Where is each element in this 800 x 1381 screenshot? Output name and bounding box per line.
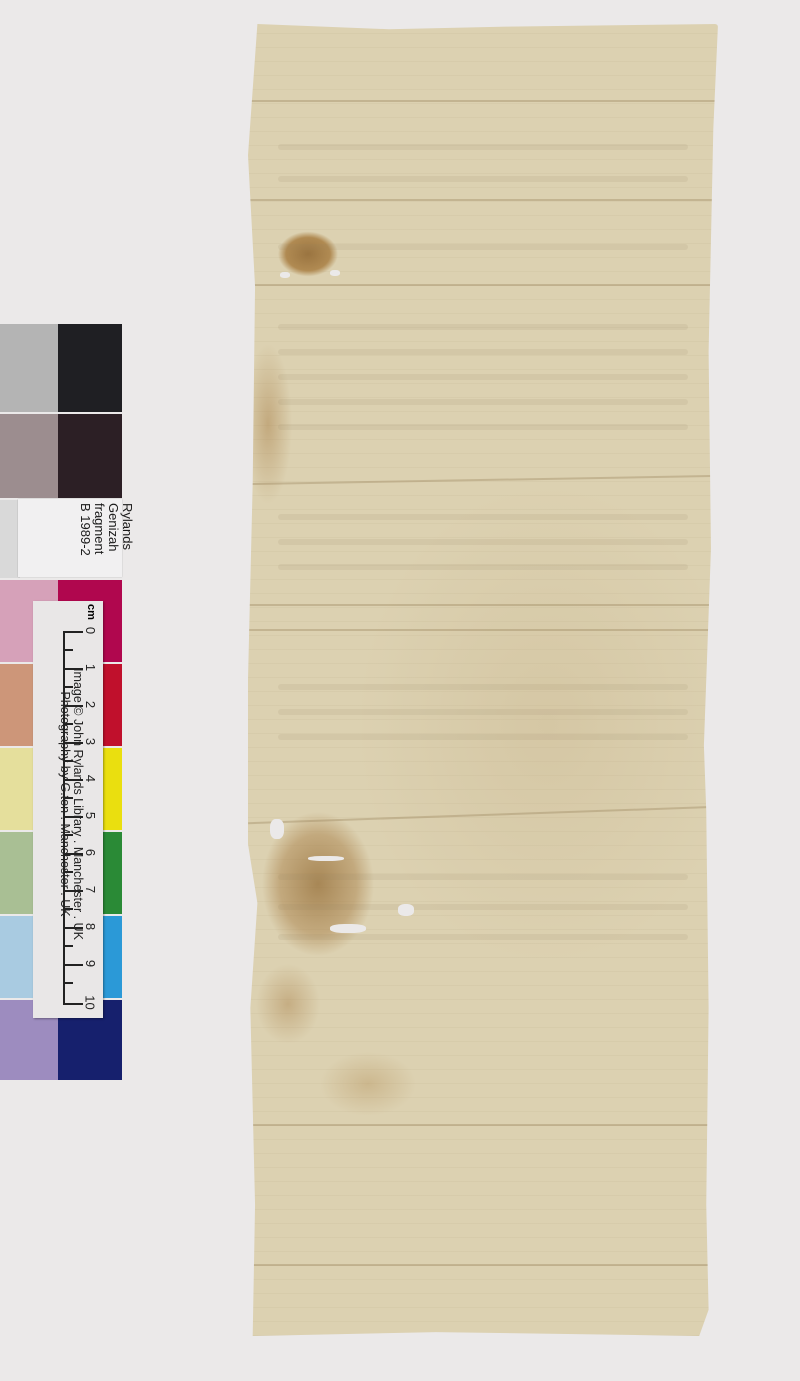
tick-label: 3 bbox=[83, 738, 98, 745]
image-credit: Image © John Rylands Library . Mancheste… bbox=[58, 644, 84, 964]
faded-text-line bbox=[278, 514, 688, 520]
patch-grey-mauve bbox=[0, 414, 58, 498]
faded-text-line bbox=[278, 324, 688, 330]
ruler-unit: cm bbox=[85, 604, 97, 620]
faded-text-line bbox=[278, 144, 688, 150]
credit-line-2: Photography by G.ten . Manchester . UK bbox=[58, 644, 71, 964]
tick-label: 6 bbox=[83, 849, 98, 856]
fold-line bbox=[248, 199, 718, 201]
shelfmark-label: Rylands Genizah fragment B 1989-2 bbox=[18, 499, 122, 577]
manuscript-fragment bbox=[248, 24, 718, 1336]
label-line-4: B 1989-2 bbox=[78, 503, 92, 556]
faded-text-line bbox=[278, 564, 688, 570]
tick-label: 10 bbox=[83, 995, 98, 1009]
label-line-2: Genizah bbox=[106, 503, 120, 556]
hole bbox=[330, 270, 340, 276]
hole bbox=[280, 272, 290, 278]
tick-label: 9 bbox=[83, 960, 98, 967]
faded-text-line bbox=[278, 176, 688, 182]
tick-major bbox=[63, 631, 83, 633]
fold-line bbox=[248, 629, 718, 631]
faded-text-line bbox=[278, 904, 688, 910]
label-line-1: Rylands bbox=[120, 503, 134, 556]
patch-dark-brown bbox=[58, 414, 122, 498]
tick-major bbox=[63, 964, 83, 966]
tick-label: 2 bbox=[83, 701, 98, 708]
fold-line bbox=[248, 100, 718, 102]
label-line-3: fragment bbox=[92, 503, 106, 556]
tick-major bbox=[63, 1003, 83, 1005]
tick-minor bbox=[63, 982, 73, 984]
fold-line bbox=[248, 806, 718, 824]
faded-text-line bbox=[278, 934, 688, 940]
hole bbox=[330, 924, 366, 933]
fold-line bbox=[248, 475, 718, 485]
patch-black bbox=[58, 324, 122, 412]
hole bbox=[308, 856, 344, 861]
fold-line bbox=[248, 1124, 718, 1126]
tick-label: 4 bbox=[83, 775, 98, 782]
tick-label: 7 bbox=[83, 886, 98, 893]
fold-line bbox=[248, 284, 718, 286]
faded-text-line bbox=[278, 734, 688, 740]
faded-text-line bbox=[278, 684, 688, 690]
faded-text-line bbox=[278, 874, 688, 880]
fold-line bbox=[248, 604, 718, 606]
patch-grey-light bbox=[0, 324, 58, 412]
faded-text-line bbox=[278, 424, 688, 430]
faded-text-line bbox=[278, 244, 688, 250]
tick-label: 5 bbox=[83, 812, 98, 819]
faded-text-line bbox=[278, 349, 688, 355]
tick-label: 8 bbox=[83, 923, 98, 930]
tick-label: 0 bbox=[83, 627, 98, 634]
credit-line-1: Image © John Rylands Library . Mancheste… bbox=[71, 644, 84, 964]
faded-text-line bbox=[278, 374, 688, 380]
tick-label: 1 bbox=[83, 664, 98, 671]
faded-text-line bbox=[278, 399, 688, 405]
patch-white bbox=[0, 500, 20, 578]
cm-ruler: cm 0 1 2 3 4 5 6 7 8 9 10 Image © John R… bbox=[33, 601, 103, 1018]
faded-text-line bbox=[278, 709, 688, 715]
faded-text-line bbox=[278, 539, 688, 545]
hole bbox=[398, 904, 414, 916]
fold-line bbox=[248, 1264, 718, 1266]
hole bbox=[270, 819, 284, 839]
